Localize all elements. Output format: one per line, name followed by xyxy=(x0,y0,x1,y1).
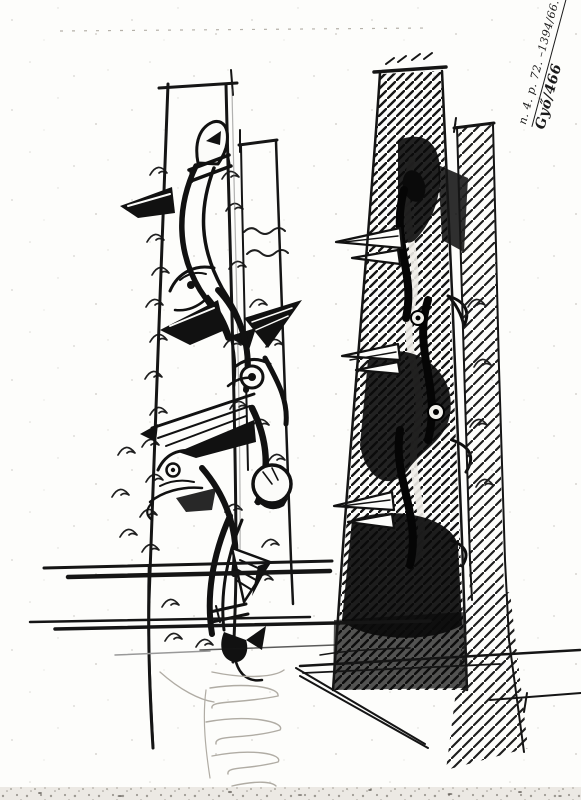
sketch-page: n. 4. p. 72. –1394/66. 743 Győ/466 xyxy=(0,0,581,800)
ring-eye xyxy=(253,465,291,509)
sketch-drawing xyxy=(0,0,581,800)
